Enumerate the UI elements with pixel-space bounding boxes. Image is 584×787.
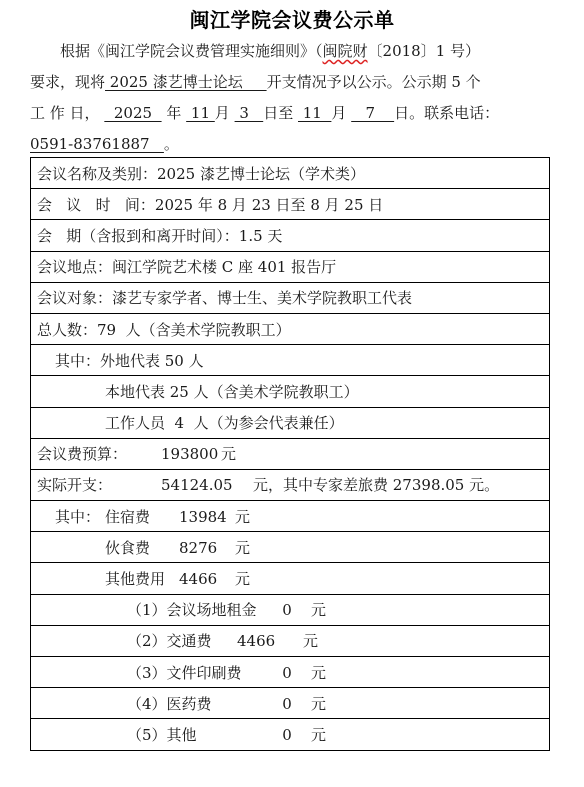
intro-text: 要求，现将 — [30, 73, 105, 91]
intro-line-1: 根据《闽江学院会议费管理实施细则》（闽院财〔2018〕1 号） — [30, 36, 480, 67]
start-day-blank: 3 — [235, 104, 264, 122]
actual-label: 实际开支： — [37, 474, 161, 495]
lodging-prefix: 其中： — [55, 506, 105, 527]
meals-amount: 8276 — [179, 539, 235, 557]
table-row: 会议对象：漆艺专家学者、博士生、美术学院教职工代表 — [31, 282, 550, 313]
table-row: 会 议 时 间：2025 年 8 月 23 日至 8 月 25 日 — [31, 189, 550, 220]
table-row: 本地代表 25 人（含美术学院教职工） — [31, 376, 550, 407]
meeting-fee-table: 会议名称及类别：2025 漆艺博士论坛（学术类） 会 议 时 间：2025 年 … — [30, 157, 550, 751]
intro-line-4: 0591-83761887 。 — [30, 129, 179, 160]
other-label: 其他费用 — [105, 568, 179, 589]
table-row: （4）医药费0元 — [31, 688, 550, 719]
staff-cell: 工作人员 4 人（为参会代表兼任） — [31, 407, 550, 438]
budget-unit: 元 — [221, 443, 236, 464]
intro-line-3: 工 作 日， 2025 年 11 月 3 日至 11 月 7 日。联系电话： — [30, 98, 499, 129]
table-row: 其中：外地代表 50 人 — [31, 345, 550, 376]
meeting-time-cell: 会 议 时 间：2025 年 8 月 23 日至 8 月 25 日 — [31, 189, 550, 220]
misc-cell: （5）其他0元 — [31, 719, 550, 750]
other-amount: 4466 — [179, 570, 235, 588]
lodging-cell: 其中：住宿费13984元 — [31, 501, 550, 532]
year-blank: 2025 — [104, 104, 161, 122]
medical-unit: 元 — [311, 693, 326, 714]
table-row: 其中：住宿费13984元 — [31, 501, 550, 532]
misc-amount: 0 — [263, 726, 311, 744]
table-row: 会议地点：闽江学院艺术楼 C 座 401 报告厅 — [31, 251, 550, 282]
transport-label: （2）交通费 — [127, 630, 237, 651]
printing-cell: （3）文件印刷费0元 — [31, 657, 550, 688]
printing-unit: 元 — [311, 662, 326, 683]
intro-text: 根据《闽江学院会议费管理实施细则》（ — [30, 42, 323, 60]
medical-label: （4）医药费 — [127, 693, 263, 714]
printing-label: （3）文件印刷费 — [127, 662, 263, 683]
other-cost-cell: 其他费用4466元 — [31, 563, 550, 594]
table-row: 工作人员 4 人（为参会代表兼任） — [31, 407, 550, 438]
table-row: 总人数：79 人（含美术学院教职工） — [31, 313, 550, 344]
meeting-name-blank: 2025 漆艺博士论坛 — [105, 73, 267, 91]
transport-cell: （2）交通费4466元 — [31, 625, 550, 656]
table-row: 会议名称及类别：2025 漆艺博士论坛（学术类） — [31, 158, 550, 189]
budget-label: 会议费预算： — [37, 443, 161, 464]
intro-text: 月 — [331, 104, 346, 122]
venue-rent-label: （1）会议场地租金 — [127, 599, 263, 620]
intro-text: 。 — [164, 135, 179, 153]
intro-text: 工 作 日， — [30, 104, 100, 122]
meals-unit: 元 — [235, 537, 250, 558]
table-row: 其他费用4466元 — [31, 563, 550, 594]
phone-blank: 0591-83761887 — [30, 135, 164, 153]
document-title: 闽江学院会议费公示单 — [0, 4, 584, 33]
actual-unit: 元，其中专家差旅费 27398.05 元。 — [253, 474, 499, 495]
meeting-venue-cell: 会议地点：闽江学院艺术楼 C 座 401 报告厅 — [31, 251, 550, 282]
budget-cell: 会议费预算：193800元 — [31, 438, 550, 469]
meals-cell: 伙食费8276元 — [31, 532, 550, 563]
table-row: （1）会议场地租金0元 — [31, 594, 550, 625]
intro-text: 月 — [215, 104, 230, 122]
venue-rent-cell: （1）会议场地租金0元 — [31, 594, 550, 625]
meeting-name-cell: 会议名称及类别：2025 漆艺博士论坛（学术类） — [31, 158, 550, 189]
table-row: （5）其他0元 — [31, 719, 550, 750]
lodging-label: 住宿费 — [105, 506, 179, 527]
medical-amount: 0 — [263, 695, 311, 713]
misc-unit: 元 — [311, 724, 326, 745]
table-row: 会议费预算：193800元 — [31, 438, 550, 469]
lodging-amount: 13984 — [179, 508, 235, 526]
table-row: （3）文件印刷费0元 — [31, 657, 550, 688]
intro-line-2: 要求，现将 2025 漆艺博士论坛 开支情况予以公示。公示期 5 个 — [30, 67, 481, 98]
external-delegates-cell: 其中：外地代表 50 人 — [31, 345, 550, 376]
table-row: 会 期（含报到和离开时间）：1.5 天 — [31, 220, 550, 251]
end-day-blank: 7 — [351, 104, 394, 122]
local-delegates-cell: 本地代表 25 人（含美术学院教职工） — [31, 376, 550, 407]
table-row: （2）交通费4466元 — [31, 625, 550, 656]
transport-unit: 元 — [303, 630, 318, 651]
venue-rent-unit: 元 — [311, 599, 326, 620]
intro-text: 日至 — [263, 104, 293, 122]
table-row: 伙食费8276元 — [31, 532, 550, 563]
spellcheck-marked-text: 闽院财 — [323, 42, 368, 60]
actual-cost-cell: 实际开支：54124.05元，其中专家差旅费 27398.05 元。 — [31, 469, 550, 500]
intro-text: 年 — [166, 104, 181, 122]
meeting-attendees-cell: 会议对象：漆艺专家学者、博士生、美术学院教职工代表 — [31, 282, 550, 313]
table-row: 实际开支：54124.05元，其中专家差旅费 27398.05 元。 — [31, 469, 550, 500]
intro-text: 开支情况予以公示。公示期 5 个 — [267, 73, 481, 91]
start-month-blank: 11 — [186, 104, 215, 122]
total-people-cell: 总人数：79 人（含美术学院教职工） — [31, 313, 550, 344]
lodging-unit: 元 — [235, 506, 250, 527]
transport-amount: 4466 — [237, 632, 303, 650]
end-month-blank: 11 — [298, 104, 331, 122]
medical-cell: （4）医药费0元 — [31, 688, 550, 719]
printing-amount: 0 — [263, 664, 311, 682]
meeting-period-cell: 会 期（含报到和离开时间）：1.5 天 — [31, 220, 550, 251]
meals-label: 伙食费 — [105, 537, 179, 558]
venue-rent-amount: 0 — [263, 601, 311, 619]
budget-amount: 193800 — [161, 445, 221, 463]
intro-text: 日。联系电话： — [394, 104, 499, 122]
misc-label: （5）其他 — [127, 724, 263, 745]
intro-text: 〔2018〕1 号） — [368, 42, 481, 60]
actual-amount: 54124.05 — [161, 476, 253, 494]
other-unit: 元 — [235, 568, 250, 589]
